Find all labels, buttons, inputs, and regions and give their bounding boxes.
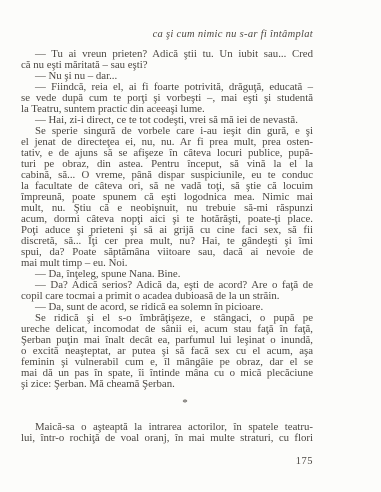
text-block: — Tu ai vreun prieten? Adică ştii tu. Un… <box>21 49 313 390</box>
book-page: ca şi cum nimic nu s-ar fi întâmplat — T… <box>0 0 381 492</box>
text-line: şi zice: Şerban. Mă cheamă Şerban. <box>21 379 313 390</box>
text-column: ca şi cum nimic nu s-ar fi întâmplat — T… <box>21 0 313 467</box>
section-break-asterisk: * <box>21 398 313 409</box>
text-block-after-break: Maică-sa o aşteaptă la intrarea actorilo… <box>21 422 313 444</box>
text-line: lui, într-o rochiţă de voal oranj, în ma… <box>21 433 313 444</box>
page-number: 175 <box>21 456 313 467</box>
running-header: ca şi cum nimic nu s-ar fi întâmplat <box>21 29 313 40</box>
